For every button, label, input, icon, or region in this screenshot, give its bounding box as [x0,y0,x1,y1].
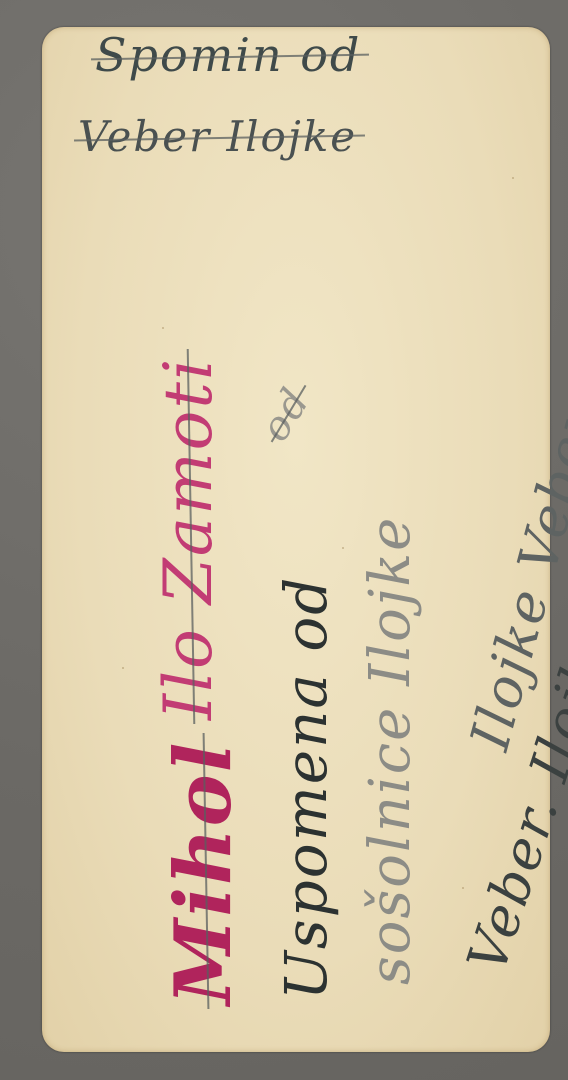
light-pencil-inscription: sošolnice Ilojke [358,516,423,985]
paper-speck [512,177,514,179]
top-inscription-line-2: Veber Ilojke [78,112,357,161]
red-ink-word-1: Mihol [158,741,249,1005]
top-inscription-line-1: Spomin od [95,28,361,82]
dark-pencil-inscription: Uspomena od [272,576,340,1000]
paper-speck [162,327,164,329]
paper-speck [122,667,124,669]
paper-speck [462,887,464,889]
paper-speck [342,547,344,549]
red-ink-word-2: Ilo Zamoti [150,357,227,720]
